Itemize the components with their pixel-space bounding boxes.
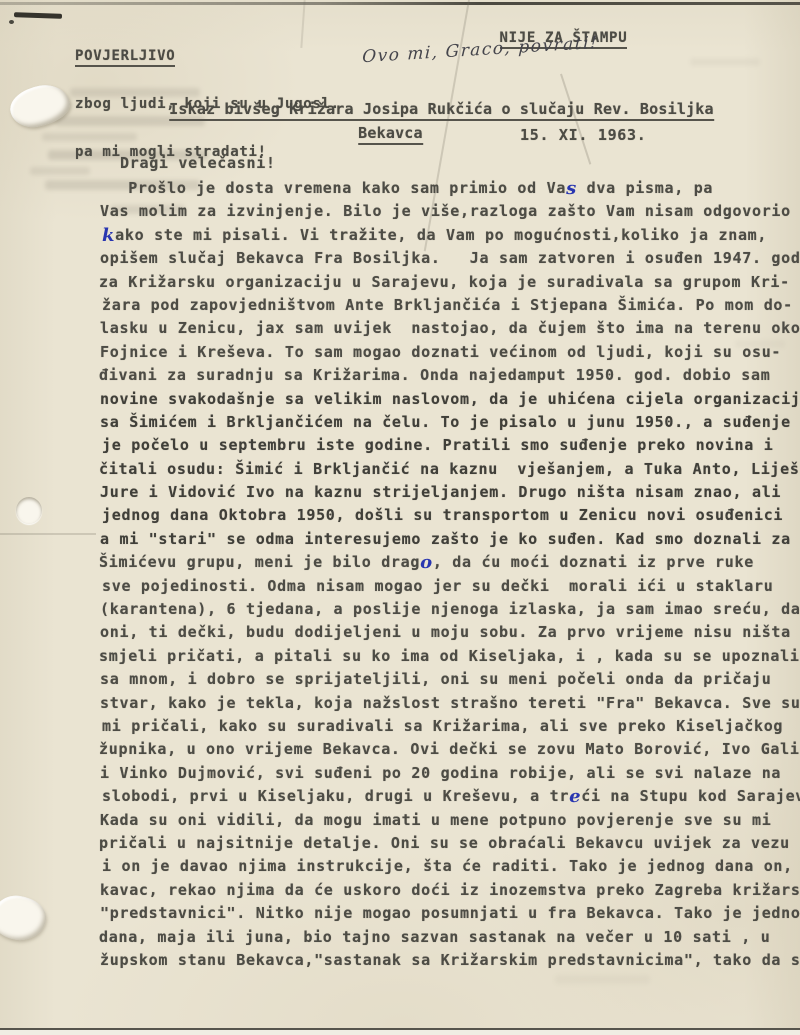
- document-title-text: Iskaz bivšeg Križara Josipa Rukčića o sl…: [169, 100, 714, 121]
- document-subtitle-text: Bekavca: [358, 124, 423, 145]
- body-line: Kada su oni vidili, da mogu imati u mene…: [100, 809, 800, 832]
- body-line: za Križarsku organizaciju u Sarajevu, ko…: [99, 271, 800, 294]
- handwritten-correction: s: [566, 178, 577, 199]
- body-line: jednog dana Oktobra 1950, došli su trans…: [102, 504, 800, 527]
- body-line: slobodi, prvi u Kiseljaku, drugi u Kreše…: [102, 785, 800, 808]
- body-line: đivani za suradnju sa Križarima. Onda na…: [99, 364, 800, 387]
- bleed-through-mark: [555, 975, 650, 984]
- body-line: župskom stanu Bekavca,"sastanak sa Križa…: [100, 949, 800, 972]
- body-line: "predstavnici". Nitko nije mogao posumnj…: [100, 902, 800, 925]
- document-date: 15. XI. 1963.: [520, 126, 647, 144]
- body-line: Vas molim za izvinjenje. Bilo je više,ra…: [100, 200, 800, 223]
- body-line: i on je davao njima instrukcije, šta će …: [102, 855, 800, 878]
- body-line: žara pod zapovjedništvom Ante Brkljančić…: [102, 294, 800, 317]
- document-subtitle: Bekavca: [321, 106, 423, 160]
- body-line: Šimićevu grupu, meni je bilo drago, da ć…: [99, 551, 800, 574]
- body-line: a mi "stari" se odma interesujemo zašto …: [100, 528, 800, 551]
- body-line: dana, maja ili juna, bio tajno sazvan sa…: [99, 926, 800, 949]
- body-line: sa Šimićem i Brkljančićem na čelu. To je…: [100, 411, 800, 434]
- body-line: Jure i Vidović Ivo na kaznu strijeljanje…: [100, 481, 800, 504]
- body-line: lasku u Zenicu, jax sam uvijek nastojao,…: [100, 317, 800, 340]
- body-line: smjeli pričati, a pitali su ko ima od Ki…: [99, 645, 800, 668]
- body-line: (karantena), 6 tjedana, a poslije njenog…: [100, 598, 800, 621]
- body-line: i Vinko Dujmović, svi suđeni po 20 godin…: [100, 762, 800, 785]
- body-line: kako ste mi pisali. Vi tražite, da Vam p…: [102, 224, 800, 247]
- scan-bottom-margin: [0, 1030, 800, 1035]
- body-line: mi pričali, kako su suradivali sa Križar…: [102, 715, 800, 738]
- body-line: župnika, u ono vrijeme Bekavca. Ovi dečk…: [99, 738, 800, 761]
- scanned-document-page: POVJERLJIVO zbog ljudi, koji su u Jugosl…: [0, 0, 800, 1035]
- body-line: Prošlo je dosta vremena kako sam primio …: [99, 177, 800, 200]
- confidential-label: POVJERLJIVO: [75, 48, 175, 67]
- handwritten-correction: k: [102, 225, 115, 246]
- body-text: Prošlo je dosta vremena kako sam primio …: [100, 177, 800, 972]
- body-line: je počelo u septembru iste godine. Prati…: [102, 434, 800, 457]
- handwritten-correction: o: [420, 552, 433, 573]
- paper-crease: [0, 533, 96, 535]
- salutation: Dragi velečasni!: [120, 154, 276, 172]
- body-line: kavac, rekao njima da će uskoro doći iz …: [100, 879, 800, 902]
- punch-hole-middle: [16, 497, 42, 524]
- scan-top-edge: [0, 2, 800, 5]
- bleed-through-mark: [690, 58, 760, 66]
- body-line: oni, ti dečki, budu dodijeljeni u moju s…: [100, 621, 800, 644]
- body-line: sve pojedinosti. Odma nisam mogao jer su…: [102, 575, 800, 598]
- body-line: pričali u najsitnije detalje. Oni su se …: [99, 832, 800, 855]
- staple-mark-dot: [9, 20, 14, 24]
- body-line: Fojnice i Kreševa. To sam mogao doznati …: [100, 341, 800, 364]
- torn-punch-hole-bottom: [0, 892, 49, 943]
- body-line: opišem slučaj Bekavca Fra Bosiljka. Ja s…: [100, 247, 800, 270]
- staple-mark: [14, 12, 62, 19]
- body-line: novine svakodašnje sa velikim naslovom, …: [100, 388, 800, 411]
- body-line: čitali osudu: Šimić i Brkljančić na kazn…: [99, 458, 800, 481]
- body-line: stvar, kako je tekla, koja nažslost stra…: [100, 692, 800, 715]
- handwritten-correction: e: [569, 786, 581, 807]
- body-line: sa mnom, i dobro se sprijateljili, oni s…: [100, 668, 800, 691]
